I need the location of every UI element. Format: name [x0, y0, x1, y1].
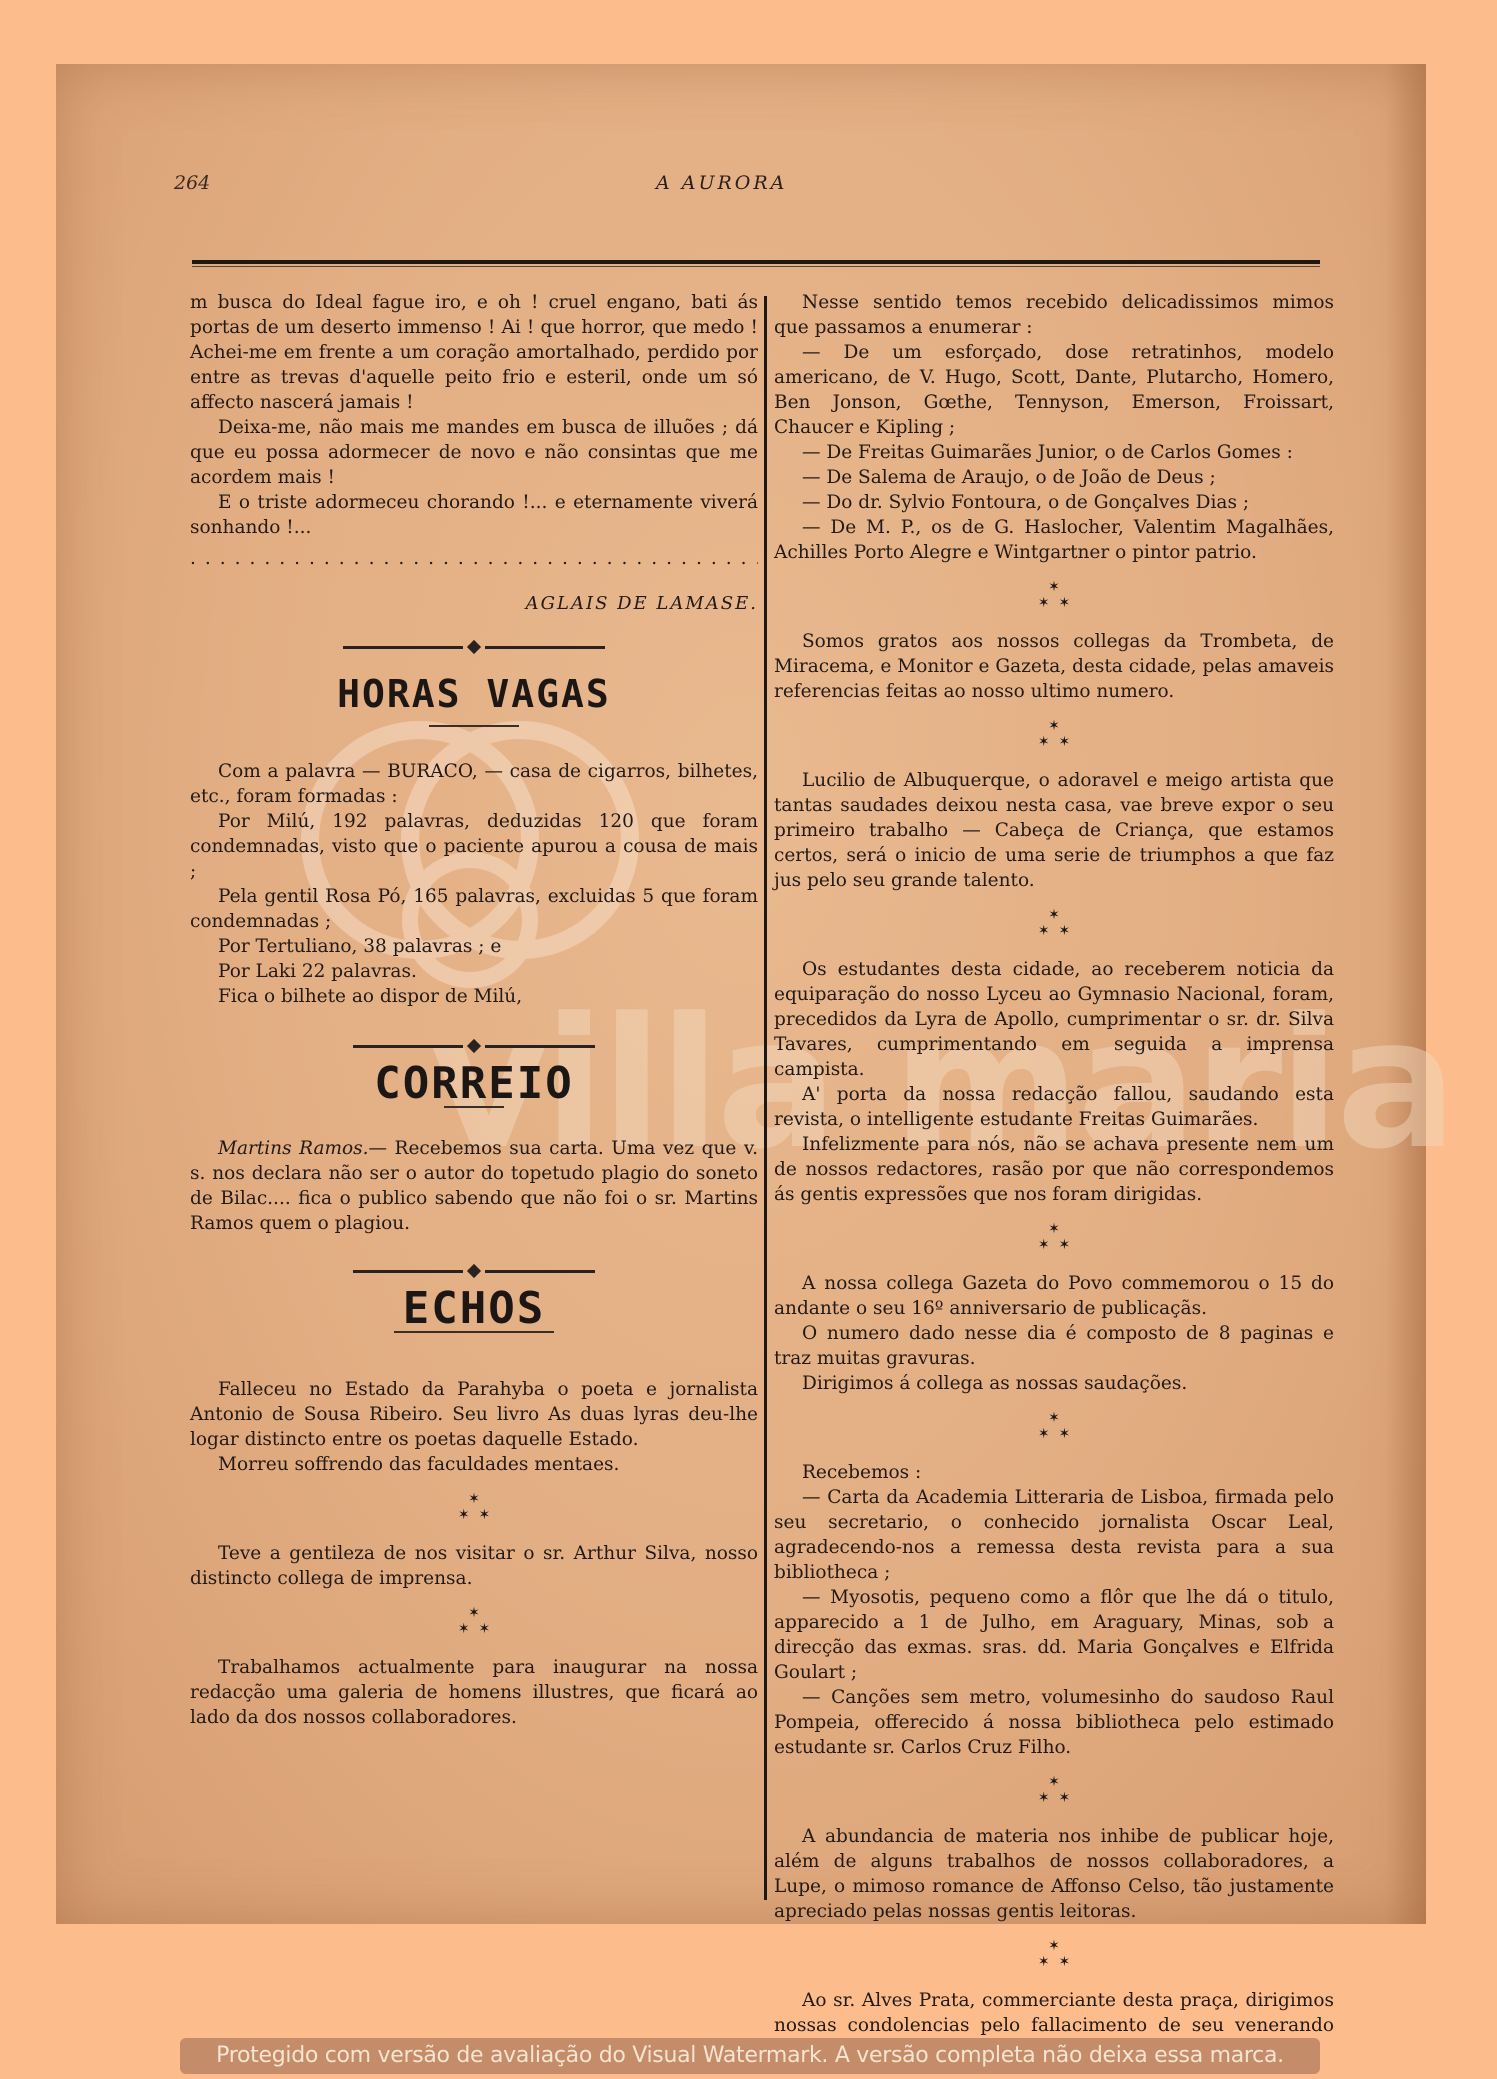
echos-paragraph: Falleceu no Estado da Parahyba o poeta e…: [190, 1377, 758, 1452]
dotted-separator: ........................................…: [190, 546, 758, 571]
intro-paragraph: Deixa-me, não mais me mandes em busca de…: [190, 415, 758, 490]
page-number: 264: [174, 172, 210, 194]
news-paragraph: O numero dado nesse dia é composto de 8 …: [774, 1321, 1334, 1371]
news-paragraph: A' porta da nossa redacção fallou, sauda…: [774, 1082, 1334, 1132]
ornament-divider: [190, 642, 758, 652]
asterism-separator: ✶✶ ✶: [774, 718, 1334, 750]
asterism-separator: ✶✶ ✶: [774, 1774, 1334, 1806]
correio-paragraph: Martins Ramos.— Recebemos sua carta. Uma…: [190, 1136, 758, 1236]
asterism-separator: ✶✶ ✶: [774, 1410, 1334, 1442]
news-paragraph: — De M. P., os de G. Haslocher, Valentim…: [774, 515, 1334, 565]
news-paragraph: — Do dr. Sylvio Fontoura, o de Gonçalves…: [774, 490, 1334, 515]
news-paragraph: Recebemos :: [774, 1460, 1334, 1485]
asterism-separator: ✶✶ ✶: [190, 1491, 758, 1523]
horas-vagas-paragraph: Com a palavra — BURACO, — casa de cigarr…: [190, 759, 758, 809]
echos-paragraph: Morreu soffrendo das faculdades mentaes.: [190, 1452, 758, 1477]
news-paragraph: — Myosotis, pequeno como a flôr que lhe …: [774, 1585, 1334, 1685]
horas-vagas-paragraph: Por Laki 22 palavras.: [190, 959, 758, 984]
header-rule-thin: [192, 266, 1320, 267]
section-title-horas-vagas: HORAS VAGAS: [190, 682, 758, 707]
horas-vagas-paragraph: Por Milú, 192 palavras, deduzidas 120 qu…: [190, 809, 758, 884]
horas-vagas-paragraph: Pela gentil Rosa Pó, 165 palavras, exclu…: [190, 884, 758, 934]
news-paragraph: A nossa collega Gazeta do Povo commemoro…: [774, 1271, 1334, 1321]
column-divider: [764, 296, 767, 1900]
news-paragraph: A abundancia de materia nos inhibe de pu…: [774, 1824, 1334, 1924]
news-paragraph: Nesse sentido temos recebido delicadissi…: [774, 290, 1334, 340]
asterism-separator: ✶✶ ✶: [774, 579, 1334, 611]
journal-title: A AURORA: [656, 172, 787, 194]
correio-addressee: Martins Ramos.: [218, 1138, 369, 1159]
page-header: 264 A AURORA: [136, 164, 1320, 194]
watermark-notice: Protegido com versão de avaliação do Vis…: [180, 2038, 1320, 2074]
news-paragraph: Somos gratos aos nossos collegas da Trom…: [774, 629, 1334, 704]
section-title-echos: ECHOS: [190, 1296, 758, 1321]
header-rule: [192, 260, 1320, 264]
intro-paragraph: m busca do Ideal fague iro, e oh ! cruel…: [190, 290, 758, 415]
echos-paragraph: Trabalhamos actualmente para inaugurar n…: [190, 1655, 758, 1730]
ornament-divider: [190, 1266, 758, 1276]
news-paragraph: Infelizmente para nós, não se achava pre…: [774, 1132, 1334, 1207]
asterism-separator: ✶✶ ✶: [774, 907, 1334, 939]
echos-paragraph: Teve a gentileza de nos visitar o sr. Ar…: [190, 1541, 758, 1591]
author-signature: AGLAIS DE LAMASE.: [190, 591, 758, 616]
news-paragraph: Dirigimos á collega as nossas saudações.: [774, 1371, 1334, 1396]
intro-paragraph: E o triste adormeceu chorando !... e ete…: [190, 490, 758, 540]
news-paragraph: — Carta da Academia Litteraria de Lisboa…: [774, 1485, 1334, 1585]
news-paragraph: Os estudantes desta cidade, ao receberem…: [774, 957, 1334, 1082]
asterism-separator: ✶✶ ✶: [190, 1605, 758, 1637]
short-rule: [429, 725, 519, 727]
news-paragraph: — De Freitas Guimarães Junior, o de Carl…: [774, 440, 1334, 465]
news-paragraph: Lucilio de Albuquerque, o adoravel e mei…: [774, 768, 1334, 893]
news-paragraph: — De Salema de Araujo, o de João de Deus…: [774, 465, 1334, 490]
news-paragraph: — Canções sem metro, volumesinho do saud…: [774, 1685, 1334, 1760]
section-title-correio: CORREIO: [190, 1071, 758, 1096]
asterism-separator: ✶✶ ✶: [774, 1221, 1334, 1253]
right-column: Nesse sentido temos recebido delicadissi…: [774, 290, 1334, 2063]
asterism-separator: ✶✶ ✶: [774, 1938, 1334, 1970]
news-paragraph: — De um esforçado, dose retratinhos, mod…: [774, 340, 1334, 440]
ornament-divider: [190, 1041, 758, 1051]
horas-vagas-paragraph: Fica o bilhete ao dispor de Milú,: [190, 984, 758, 1009]
horas-vagas-paragraph: Por Tertuliano, 38 palavras ; e: [190, 934, 758, 959]
left-column: m busca do Ideal fague iro, e oh ! cruel…: [190, 290, 758, 1730]
